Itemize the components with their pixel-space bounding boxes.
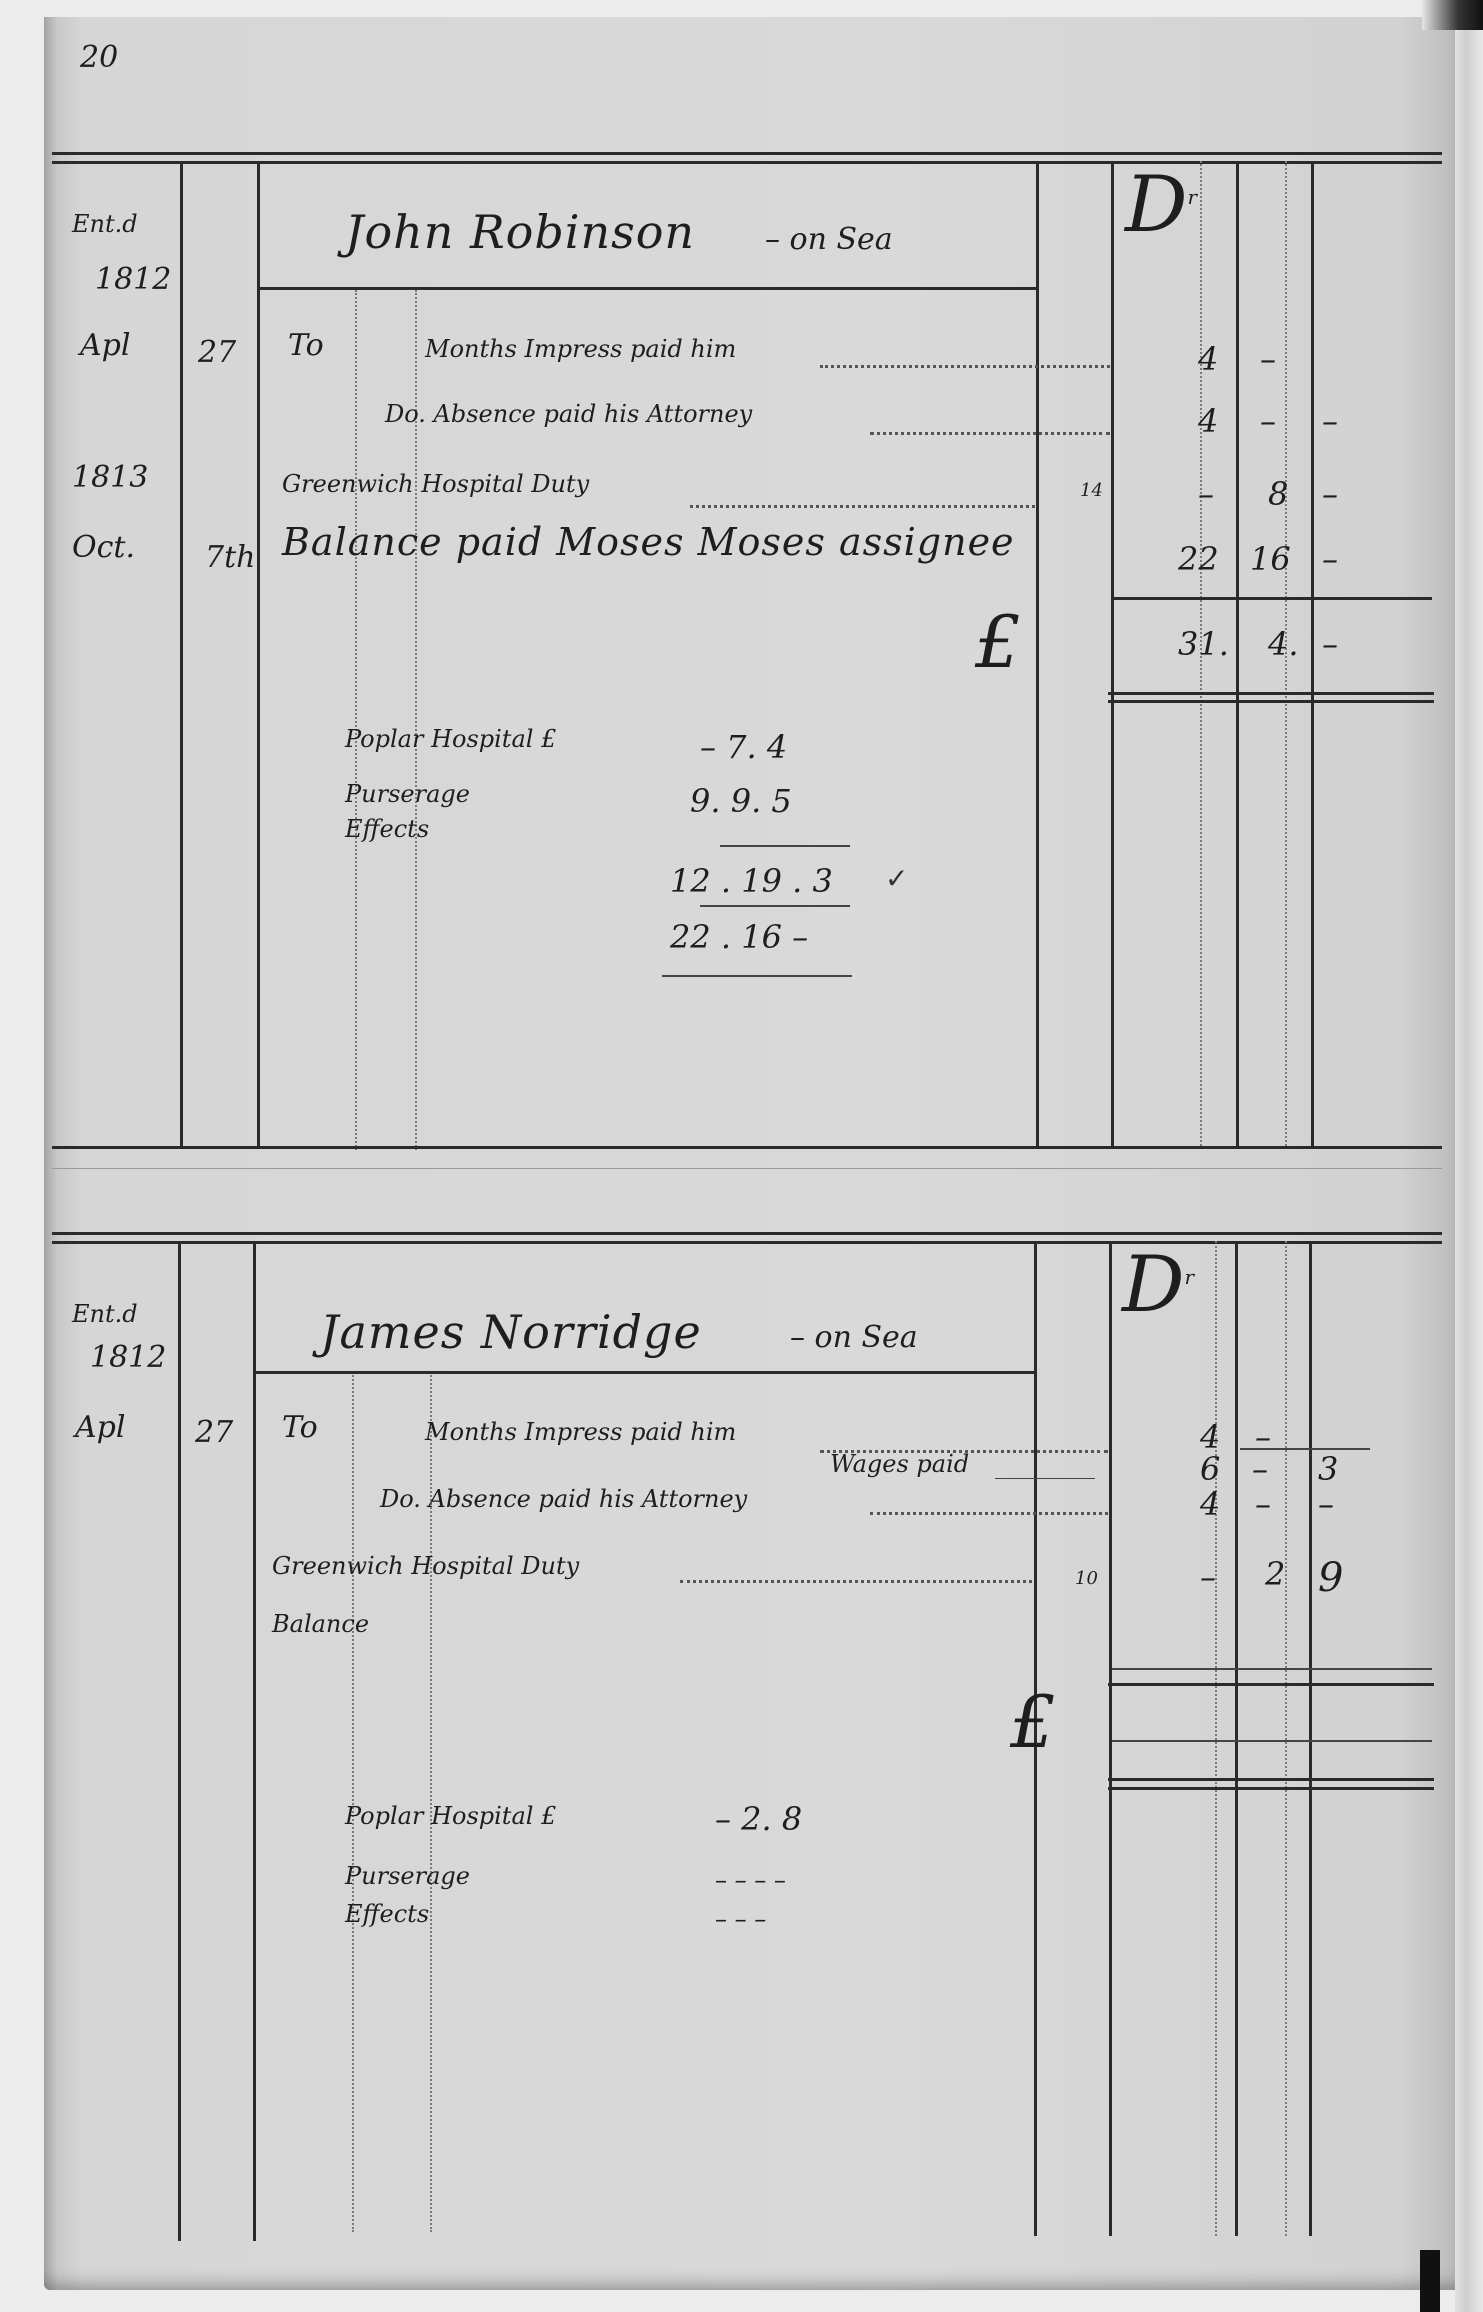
date-month-column-line bbox=[178, 1241, 181, 2241]
total-pence: – bbox=[1322, 625, 1338, 663]
row-shillings: – bbox=[1252, 1450, 1268, 1488]
total-rule bbox=[1112, 1668, 1432, 1670]
entry-bottom-rule bbox=[52, 1146, 1442, 1149]
row-description: Balance bbox=[272, 1610, 369, 1638]
debit-label: Dr bbox=[1125, 160, 1197, 250]
total-double-rule bbox=[1108, 700, 1434, 703]
row-pence: 3 bbox=[1318, 1450, 1338, 1488]
total-pounds: 31. bbox=[1178, 625, 1229, 663]
row-pence: – bbox=[1322, 540, 1338, 578]
row-description: Do. Absence paid his Attorney bbox=[380, 1485, 747, 1513]
account-designation: – on Sea bbox=[790, 1320, 918, 1355]
row-ref: 10 bbox=[1075, 1568, 1098, 1589]
row-pence: – bbox=[1322, 475, 1338, 513]
leader-dots bbox=[870, 1512, 1108, 1515]
dotted-guide-line bbox=[355, 290, 357, 1150]
faint-rule bbox=[52, 1168, 1442, 1169]
binding-edge-top bbox=[1422, 0, 1483, 30]
row-shillings: – bbox=[1260, 402, 1276, 440]
row-ref: 14 bbox=[1080, 480, 1103, 501]
row-month: Oct. bbox=[72, 530, 135, 565]
row-shillings: – bbox=[1260, 340, 1276, 378]
row-pounds: 6 bbox=[1200, 1450, 1220, 1488]
summary-value: – – – bbox=[715, 1905, 766, 1933]
row-pounds: 4 bbox=[1200, 1485, 1220, 1523]
row-month: Apl bbox=[75, 1410, 125, 1445]
row-shillings: – bbox=[1255, 1485, 1271, 1523]
row-pounds: – bbox=[1200, 1558, 1216, 1596]
dotted-guide-line bbox=[1285, 1241, 1287, 2236]
book-spine bbox=[1455, 0, 1483, 2312]
total-shillings: 4. bbox=[1268, 625, 1299, 663]
debit-label: Dr bbox=[1122, 1240, 1194, 1330]
row-description: Months Impress paid him bbox=[425, 1418, 736, 1446]
row-month: Apl bbox=[80, 328, 130, 363]
row-prefix: To bbox=[282, 1410, 318, 1445]
summary-value: – 7. 4 bbox=[700, 728, 787, 766]
row-description: Greenwich Hospital Duty bbox=[272, 1552, 579, 1580]
page-number: 20 bbox=[80, 40, 118, 75]
shillings-column-line bbox=[1235, 1241, 1238, 2236]
row-day: 7th bbox=[205, 540, 255, 575]
row-pounds: 4 bbox=[1198, 402, 1218, 440]
entry-top-rule bbox=[52, 161, 1442, 164]
check-mark-icon: ✓ bbox=[885, 862, 908, 895]
summary-balance: 22 . 16 – bbox=[670, 918, 808, 956]
total-double-rule bbox=[1108, 1787, 1434, 1790]
name-box-rule bbox=[258, 287, 1038, 290]
row-pence: – bbox=[1322, 402, 1338, 440]
row-day: 27 bbox=[198, 335, 236, 370]
total-rule bbox=[1108, 1683, 1434, 1686]
pence-column-line bbox=[1309, 1241, 1312, 2236]
summary-rule bbox=[662, 975, 852, 977]
summary-value: – 2. 8 bbox=[715, 1800, 802, 1838]
account-name: John Robinson bbox=[345, 205, 695, 259]
entry-top-rule bbox=[52, 152, 1442, 155]
row-month: 1813 bbox=[72, 460, 148, 495]
summary-label: Purserage bbox=[345, 1862, 470, 1890]
row-shillings: 16 bbox=[1250, 540, 1291, 578]
date-day-column-line bbox=[257, 161, 260, 1149]
row-description: Wages paid bbox=[830, 1450, 969, 1478]
summary-rule bbox=[720, 845, 850, 847]
pounds-column-line bbox=[1111, 161, 1114, 1149]
total-pound-symbol: £ bbox=[975, 600, 1021, 684]
row-pounds: – bbox=[1198, 475, 1214, 513]
entry-top-rule bbox=[52, 1232, 1442, 1235]
total-double-rule bbox=[1108, 1778, 1434, 1781]
total-double-rule bbox=[1108, 692, 1434, 695]
entered-label: Ent.d bbox=[72, 1300, 138, 1328]
account-name: James Norridge bbox=[320, 1305, 702, 1359]
entered-year: 1812 bbox=[90, 1340, 166, 1375]
ref-column-line bbox=[1036, 161, 1039, 1149]
dotted-guide-line bbox=[1215, 1241, 1217, 2236]
total-rule bbox=[1112, 597, 1432, 600]
leader-dots bbox=[690, 505, 1035, 508]
row-description: Months Impress paid him bbox=[425, 335, 736, 363]
summary-subtotal: 12 . 19 . 3 bbox=[670, 862, 833, 900]
pounds-column-line bbox=[1109, 1241, 1112, 2236]
shillings-column-line bbox=[1236, 161, 1239, 1149]
summary-label: Effects bbox=[345, 1900, 429, 1928]
summary-label: Poplar Hospital £ bbox=[345, 1802, 556, 1830]
row-pounds: 22 bbox=[1178, 540, 1219, 578]
summary-label: Purserage bbox=[345, 780, 470, 808]
summary-value: 9. 9. 5 bbox=[690, 782, 792, 820]
name-box-rule bbox=[255, 1371, 1035, 1374]
row-shillings: 8 bbox=[1268, 475, 1288, 513]
binding-edge-bottom bbox=[1420, 2250, 1440, 2312]
row-shillings: 2 bbox=[1265, 1555, 1285, 1593]
entered-label: Ent.d bbox=[72, 210, 138, 238]
row-pence: 9 bbox=[1318, 1555, 1343, 1601]
summary-value: – – – – bbox=[715, 1866, 786, 1894]
row-description: Greenwich Hospital Duty bbox=[282, 470, 589, 498]
date-month-column-line bbox=[180, 161, 183, 1149]
leader-dots bbox=[820, 365, 1110, 368]
summary-label: Effects bbox=[345, 815, 429, 843]
row-day: 27 bbox=[195, 1415, 233, 1450]
annotation-line bbox=[995, 1478, 1095, 1479]
row-description: Do. Absence paid his Attorney bbox=[385, 400, 752, 428]
leader-dots bbox=[680, 1580, 1032, 1583]
account-designation: – on Sea bbox=[765, 222, 893, 257]
total-pound-symbol: £ bbox=[1010, 1680, 1056, 1764]
row-prefix: To bbox=[288, 328, 324, 363]
leader-dots bbox=[870, 432, 1110, 435]
row-pounds: 4 bbox=[1198, 340, 1218, 378]
row-pence: – bbox=[1318, 1485, 1334, 1523]
entry-top-rule bbox=[52, 1241, 1442, 1244]
pence-column-line bbox=[1311, 161, 1314, 1149]
total-rule bbox=[1112, 1740, 1432, 1742]
entered-year: 1812 bbox=[95, 262, 171, 297]
date-day-column-line bbox=[253, 1241, 256, 2241]
summary-rule bbox=[700, 905, 850, 907]
summary-label: Poplar Hospital £ bbox=[345, 725, 556, 753]
row-description: Balance paid Moses Moses assignee bbox=[282, 520, 1015, 564]
